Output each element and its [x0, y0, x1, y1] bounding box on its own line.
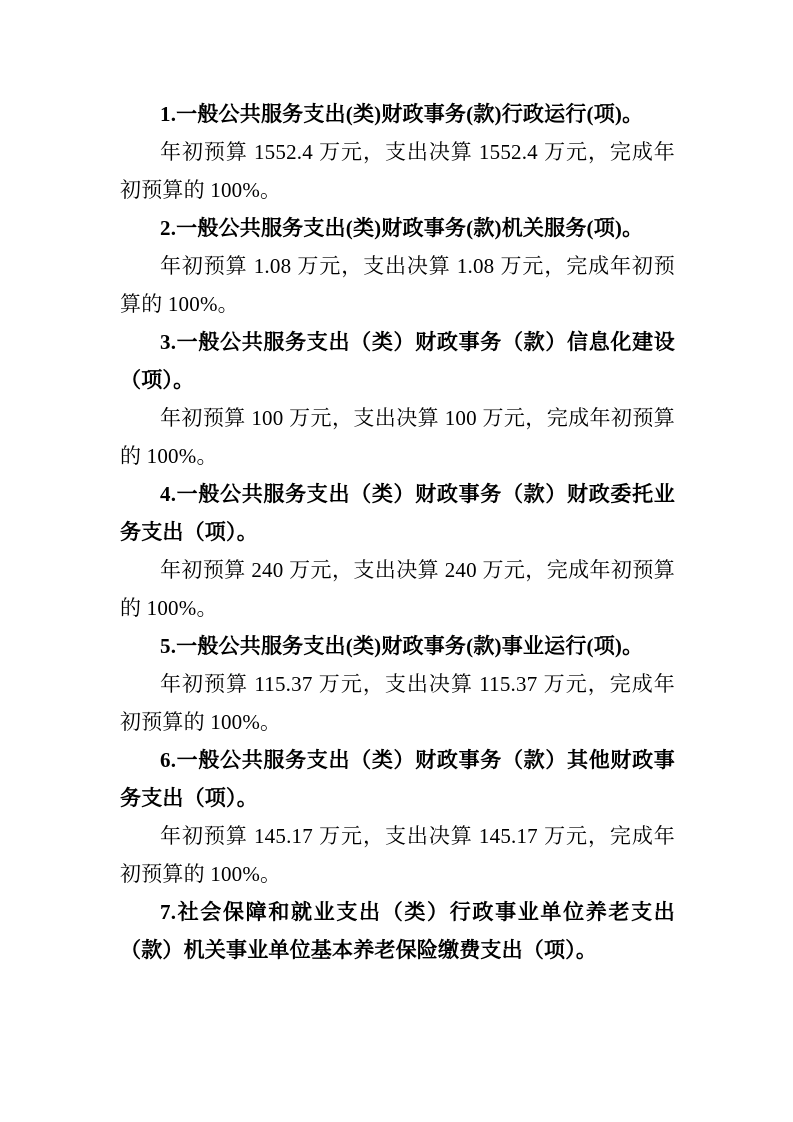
- budget-item-6: 6.一般公共服务支出（类）财政事务（款）其他财政事务支出（项）。 年初预算 14…: [120, 741, 675, 893]
- budget-item-5: 5.一般公共服务支出(类)财政事务(款)事业运行(项)。 年初预算 115.37…: [120, 627, 675, 741]
- item-7-heading: 7.社会保障和就业支出（类）行政事业单位养老支出（款）机关事业单位基本养老保险缴…: [120, 893, 675, 969]
- item-1-body: 年初预算 1552.4 万元，支出决算 1552.4 万元，完成年初预算的 10…: [120, 133, 675, 209]
- page-content: 1.一般公共服务支出(类)财政事务(款)行政运行(项)。 年初预算 1552.4…: [0, 0, 793, 969]
- document-page: 1.一般公共服务支出(类)财政事务(款)行政运行(项)。 年初预算 1552.4…: [0, 0, 793, 1122]
- item-6-heading: 6.一般公共服务支出（类）财政事务（款）其他财政事务支出（项）。: [120, 741, 675, 817]
- item-1-heading: 1.一般公共服务支出(类)财政事务(款)行政运行(项)。: [120, 95, 675, 133]
- budget-item-7: 7.社会保障和就业支出（类）行政事业单位养老支出（款）机关事业单位基本养老保险缴…: [120, 893, 675, 969]
- item-4-heading: 4.一般公共服务支出（类）财政事务（款）财政委托业务支出（项）。: [120, 475, 675, 551]
- item-5-heading: 5.一般公共服务支出(类)财政事务(款)事业运行(项)。: [120, 627, 675, 665]
- budget-item-4: 4.一般公共服务支出（类）财政事务（款）财政委托业务支出（项）。 年初预算 24…: [120, 475, 675, 627]
- item-2-body: 年初预算 1.08 万元，支出决算 1.08 万元，完成年初预算的 100%。: [120, 247, 675, 323]
- budget-item-2: 2.一般公共服务支出(类)财政事务(款)机关服务(项)。 年初预算 1.08 万…: [120, 209, 675, 323]
- item-6-body: 年初预算 145.17 万元，支出决算 145.17 万元，完成年初预算的 10…: [120, 817, 675, 893]
- item-5-body: 年初预算 115.37 万元，支出决算 115.37 万元，完成年初预算的 10…: [120, 665, 675, 741]
- budget-item-1: 1.一般公共服务支出(类)财政事务(款)行政运行(项)。 年初预算 1552.4…: [120, 95, 675, 209]
- item-4-body: 年初预算 240 万元，支出决算 240 万元，完成年初预算的 100%。: [120, 551, 675, 627]
- budget-item-3: 3.一般公共服务支出（类）财政事务（款）信息化建设（项）。 年初预算 100 万…: [120, 323, 675, 475]
- item-3-heading: 3.一般公共服务支出（类）财政事务（款）信息化建设（项）。: [120, 323, 675, 399]
- item-2-heading: 2.一般公共服务支出(类)财政事务(款)机关服务(项)。: [120, 209, 675, 247]
- item-3-body: 年初预算 100 万元，支出决算 100 万元，完成年初预算的 100%。: [120, 399, 675, 475]
